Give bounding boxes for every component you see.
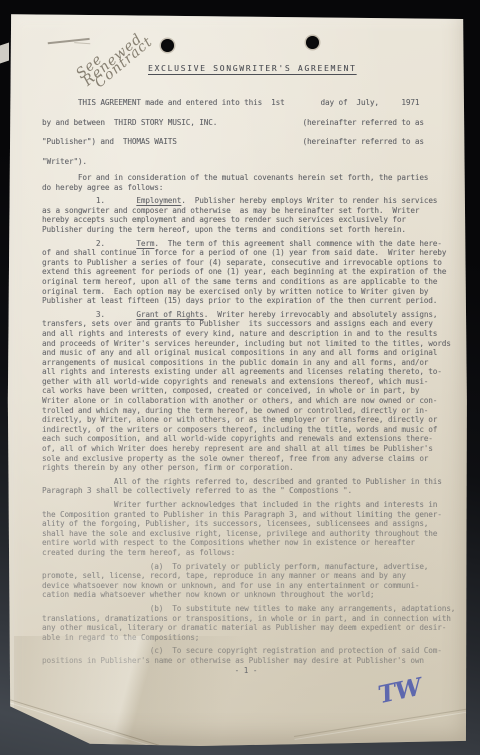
paragraph-clause-a: (a) To privately or publicly perform, ma… [42,562,466,600]
text-line: ality of the forgoing, Publisher, its su… [42,519,466,529]
paragraph-clause-c: (c) To secure copyright registration and… [42,646,466,665]
text-line: able in regard to the Compositions; [42,633,466,643]
photo-backdrop: SeeRenewedContract EXCLUSIVE SONGWRITER'… [0,0,480,755]
text-line: entire world with respect to the Composi… [42,538,466,548]
text-line: (b) To substitute new titles to make any… [42,604,466,614]
pencil-scratch-mark [48,38,91,50]
text-line: "Publisher") and THOMAS WAITS (hereinaft… [42,132,466,152]
text-line: Paragraph 3 shall be collectively referr… [42,486,466,496]
text-line: trolled and which may, during the term h… [42,406,466,416]
paragraph-term: 2. Term. The term of this agreement shal… [42,239,466,306]
contract-page: SeeRenewedContract EXCLUSIVE SONGWRITER'… [6,12,472,746]
text-line: cal works have been written, composed, c… [42,386,466,396]
text-line: by and between THIRD STORY MUSIC, INC. (… [42,113,466,133]
text-line: transfers, sets over and grants to Publi… [42,319,466,329]
text-line: arrangements of musical compositions in … [42,358,466,368]
hole-punch-left [161,39,174,52]
text-line: of and shall continue in force for a per… [42,248,466,258]
text-line: directly, by Writer, alone or with other… [42,415,466,425]
handwritten-initials: TW [375,672,423,709]
text-line: created during the term hereof, as follo… [42,548,466,558]
underlying-page-corner [0,43,9,64]
text-line: THIS AGREEMENT made and entered into thi… [42,93,466,113]
text-line: of, all of which Writer does hereby repr… [42,444,466,454]
text-line: Publisher during the term hereof, upon t… [42,225,466,235]
text-line: positions in Publisher's name or otherwi… [42,656,466,666]
text-line: (a) To privately or publicly perform, ma… [42,562,466,572]
document-body: THIS AGREEMENT made and entered into thi… [42,93,466,666]
text-line: rights therein by any other person, firm… [42,463,466,473]
text-line: promote, sell, license, record, tape, re… [42,571,466,581]
text-line: "Writer"). [42,152,466,172]
paragraph-further-acknowledgement: Writer further acknowledges that include… [42,500,466,558]
text-line: any other musical, literary or dramatic … [42,623,466,633]
text-line: Writer further acknowledges that include… [42,500,466,510]
text-line: translations, dramatizations or transpos… [42,614,466,624]
text-line: the Composition granted to Publisher in … [42,510,466,520]
page-number: - 1 - [211,666,281,675]
text-line: Publisher at least fifteen (15) days pri… [42,296,466,306]
paragraph-employment: 1. Employment. Publisher hereby employs … [42,196,466,234]
paragraph-grant-of-rights: 3. Grant of Rights. Writer hereby irrevo… [42,310,466,473]
text-line: all rights and interests existing under … [42,367,466,377]
text-line: and all rights and interests of every ki… [42,329,466,339]
text-line: do hereby agree as follows: [42,183,466,193]
text-line: original term hereof, upon all of the sa… [42,277,466,287]
text-line: extend this agreement for periods of one… [42,267,466,277]
intro-block: THIS AGREEMENT made and entered into thi… [42,93,466,171]
text-line: indirectly, of the writers or composers … [42,425,466,435]
text-line: For and in consideration of the mutual c… [42,173,466,183]
text-line: 3. Grant of Rights. Writer hereby irrevo… [42,310,466,320]
paragraph-opening: For and in consideration of the mutual c… [42,173,466,192]
text-line: as a songwriter and composer and otherwi… [42,206,466,216]
text-line: shall have the sole and exclusive right,… [42,529,466,539]
text-line: hereby accepts such employment and agree… [42,215,466,225]
text-line: 2. Term. The term of this agreement shal… [42,239,466,249]
hole-punch-right [306,36,319,49]
text-line: 1. Employment. Publisher hereby employs … [42,196,466,206]
text-line: cation media whatsoever whether now know… [42,590,466,600]
text-line: Writer alone or in collaboration with an… [42,396,466,406]
paper-crease-bottom-left [5,698,159,749]
text-line: and music of any and all original musica… [42,348,466,358]
text-line: grants to Publisher a series of four (4)… [42,258,466,268]
text-line: All of the rights referred to, described… [42,477,466,487]
paragraph-clause-b: (b) To substitute new titles to make any… [42,604,466,642]
paragraphs-container: For and in consideration of the mutual c… [42,173,466,666]
text-line: sole and exclusive property as the sole … [42,454,466,464]
text-line: (c) To secure copyright registration and… [42,646,466,656]
text-line: device whatsoever now known or unknown, … [42,581,466,591]
paragraph-compositions-definition: All of the rights referred to, described… [42,477,466,496]
document-title: EXCLUSIVE SONGWRITER'S AGREEMENT [148,64,357,73]
paper-crease-bottom-right [294,708,472,740]
text-line: and proceeds of Writer's services hereun… [42,339,466,349]
text-line: each such composition, and all world-wid… [42,434,466,444]
text-line: gether with all world-wide copyrights an… [42,377,466,387]
text-line: original term. Each option may be exerci… [42,287,466,297]
